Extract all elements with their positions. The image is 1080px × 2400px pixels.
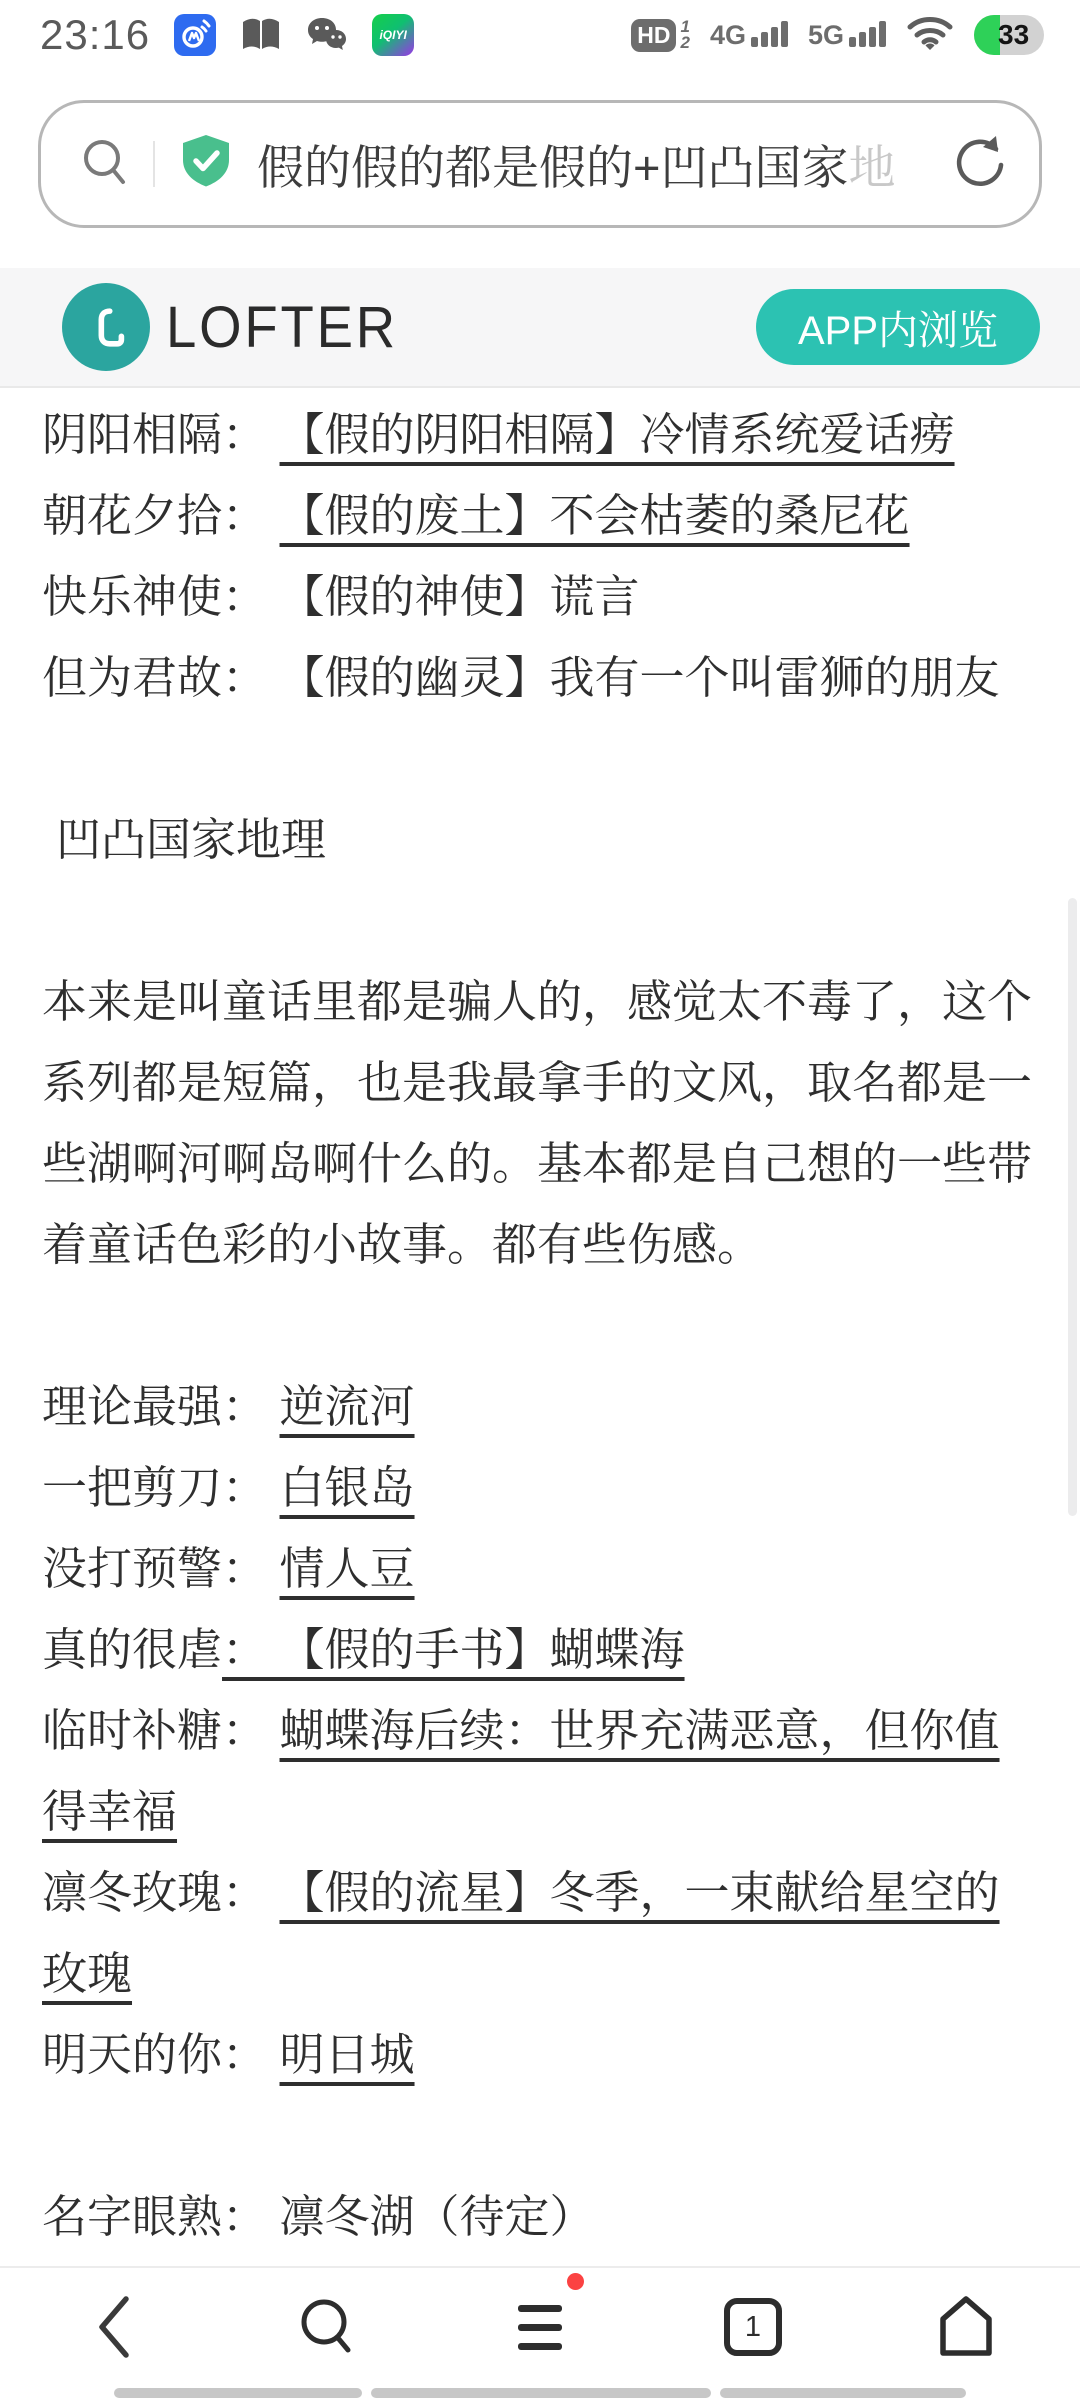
battery-percent: 33 — [998, 19, 1029, 51]
address-bar-row: 假的假的都是假的+凹凸国家地 — [0, 62, 1080, 268]
status-bar-right: HD 12 4G 5G 33 — [631, 14, 1044, 57]
refresh-icon[interactable] — [953, 134, 1009, 195]
post-line: 名字眼熟： 凛冬湖（待定） — [42, 2176, 1038, 2257]
tab-count-icon: 1 — [724, 2298, 782, 2356]
post-line: 理论最强： 逆流河 — [42, 1366, 1038, 1447]
post-link[interactable]: ： 【假的手书】蝴蝶海 — [222, 1624, 685, 1675]
blank-line — [42, 1285, 1038, 1366]
line-text: 凛冬湖（待定） — [280, 2191, 595, 2242]
reader-app-icon — [240, 14, 282, 56]
post-line: 朝花夕拾： 【假的废土】不会枯萎的桑尼花 — [42, 475, 1038, 556]
post-content: 阴阳相隔： 【假的阴阳相隔】冷情系统爱话痨 朝花夕拾： 【假的废土】不会枯萎的桑… — [0, 388, 1080, 2259]
wechat-app-icon — [306, 14, 348, 56]
gesture-handle[interactable] — [0, 2388, 1080, 2398]
address-bar[interactable]: 假的假的都是假的+凹凸国家地 — [38, 100, 1042, 228]
phone-screen: 23:16 iQIYI HD 12 4G 5G — [0, 0, 1080, 2400]
post-paragraph: 本来是叫童话里都是骗人的，感觉太不毒了，这个系列都是短篇，也是我最拿手的文风，取… — [42, 961, 1038, 1285]
hamburger-icon — [518, 2305, 562, 2350]
line-label: 理论最强： — [42, 1381, 280, 1432]
blank-line — [42, 2095, 1038, 2176]
post-line: 真的很虐： 【假的手书】蝴蝶海 — [42, 1609, 1038, 1690]
line-label: 但为君故： — [42, 652, 280, 703]
line-label: 没打预警： — [42, 1543, 280, 1594]
wifi-icon — [906, 14, 954, 57]
post-link[interactable]: 【假的阴阳相隔】冷情系统爱话痨 — [280, 409, 955, 460]
battery-fill — [974, 15, 1000, 55]
signal-4g-icon: 4G — [710, 21, 788, 49]
address-bar-divider — [153, 141, 155, 187]
line-label: 临时补糖： — [42, 1705, 280, 1756]
clock: 23:16 — [40, 11, 150, 59]
lofter-logo-icon — [62, 283, 150, 371]
line-label: 明天的你： — [42, 2029, 280, 2080]
security-shield-icon[interactable] — [177, 132, 235, 197]
status-bar: 23:16 iQIYI HD 12 4G 5G — [0, 0, 1080, 62]
lofter-brand: LOFTER — [62, 283, 413, 371]
notification-dot — [567, 2273, 584, 2290]
post-line: 阴阳相隔： 【假的阴阳相隔】冷情系统爱话痨 — [42, 394, 1038, 475]
post-link[interactable]: 【假的废土】不会枯萎的桑尼花 — [280, 490, 910, 541]
battery-icon: 33 — [974, 15, 1044, 55]
line-text: 【假的幽灵】我有一个叫雷狮的朋友 — [280, 652, 1000, 703]
line-label: 快乐神使： — [42, 571, 280, 622]
browser-toolbar: 1 — [0, 2266, 1080, 2400]
hd-voice-icon: HD 12 — [631, 19, 690, 52]
signal-5g-icon: 5G — [808, 21, 886, 49]
post-line: 快乐神使： 【假的神使】谎言 — [42, 556, 1038, 637]
post-line: 凛冬玫瑰： 【假的流星】冬季，一束献给星空的玫瑰 — [42, 1852, 1038, 2014]
iqiyi-app-icon: iQIYI — [372, 14, 414, 56]
address-bar-query: 假的假的都是假的+凹凸国家地 — [257, 131, 931, 198]
lofter-banner: LOFTER APP内浏览 — [0, 268, 1080, 388]
blank-line — [42, 718, 1038, 799]
menu-button[interactable] — [502, 2289, 578, 2365]
post-link[interactable]: 明日城 — [280, 2029, 415, 2080]
line-label: 一把剪刀： — [42, 1462, 280, 1513]
back-button[interactable] — [76, 2289, 152, 2365]
scrollbar[interactable] — [1068, 898, 1077, 1516]
migu-app-icon — [174, 14, 216, 56]
post-line: 没打预警： 情人豆 — [42, 1528, 1038, 1609]
post-line: 但为君故： 【假的幽灵】我有一个叫雷狮的朋友 — [42, 637, 1038, 718]
line-label: 名字眼熟： — [42, 2191, 280, 2242]
lofter-wordmark: LOFTER — [166, 294, 398, 361]
status-bar-left: 23:16 iQIYI — [40, 11, 414, 59]
line-text: 【假的神使】谎言 — [280, 571, 640, 622]
line-label: 真的很虐 — [42, 1624, 222, 1675]
line-label: 凛冬玫瑰： — [42, 1867, 280, 1918]
section-title: 凹凸国家地理 — [42, 799, 1038, 880]
post-link[interactable]: 逆流河 — [280, 1381, 415, 1432]
open-in-app-button[interactable]: APP内浏览 — [756, 289, 1040, 365]
line-label: 阴阳相隔： — [42, 409, 280, 460]
post-line: 明天的你： 明日城 — [42, 2014, 1038, 2095]
blank-line — [42, 880, 1038, 961]
search-icon — [77, 134, 131, 195]
home-button[interactable] — [928, 2289, 1004, 2365]
post-line: 一把剪刀： 白银岛 — [42, 1447, 1038, 1528]
search-button[interactable] — [289, 2289, 365, 2365]
sim2-label: 2 — [680, 35, 689, 51]
post-link[interactable]: 白银岛 — [280, 1462, 415, 1513]
post-line: 临时补糖： 蝴蝶海后续：世界充满恶意，但你值得幸福 — [42, 1690, 1038, 1852]
post-link[interactable]: 情人豆 — [280, 1543, 415, 1594]
line-label: 朝花夕拾： — [42, 490, 280, 541]
tabs-button[interactable]: 1 — [715, 2289, 791, 2365]
